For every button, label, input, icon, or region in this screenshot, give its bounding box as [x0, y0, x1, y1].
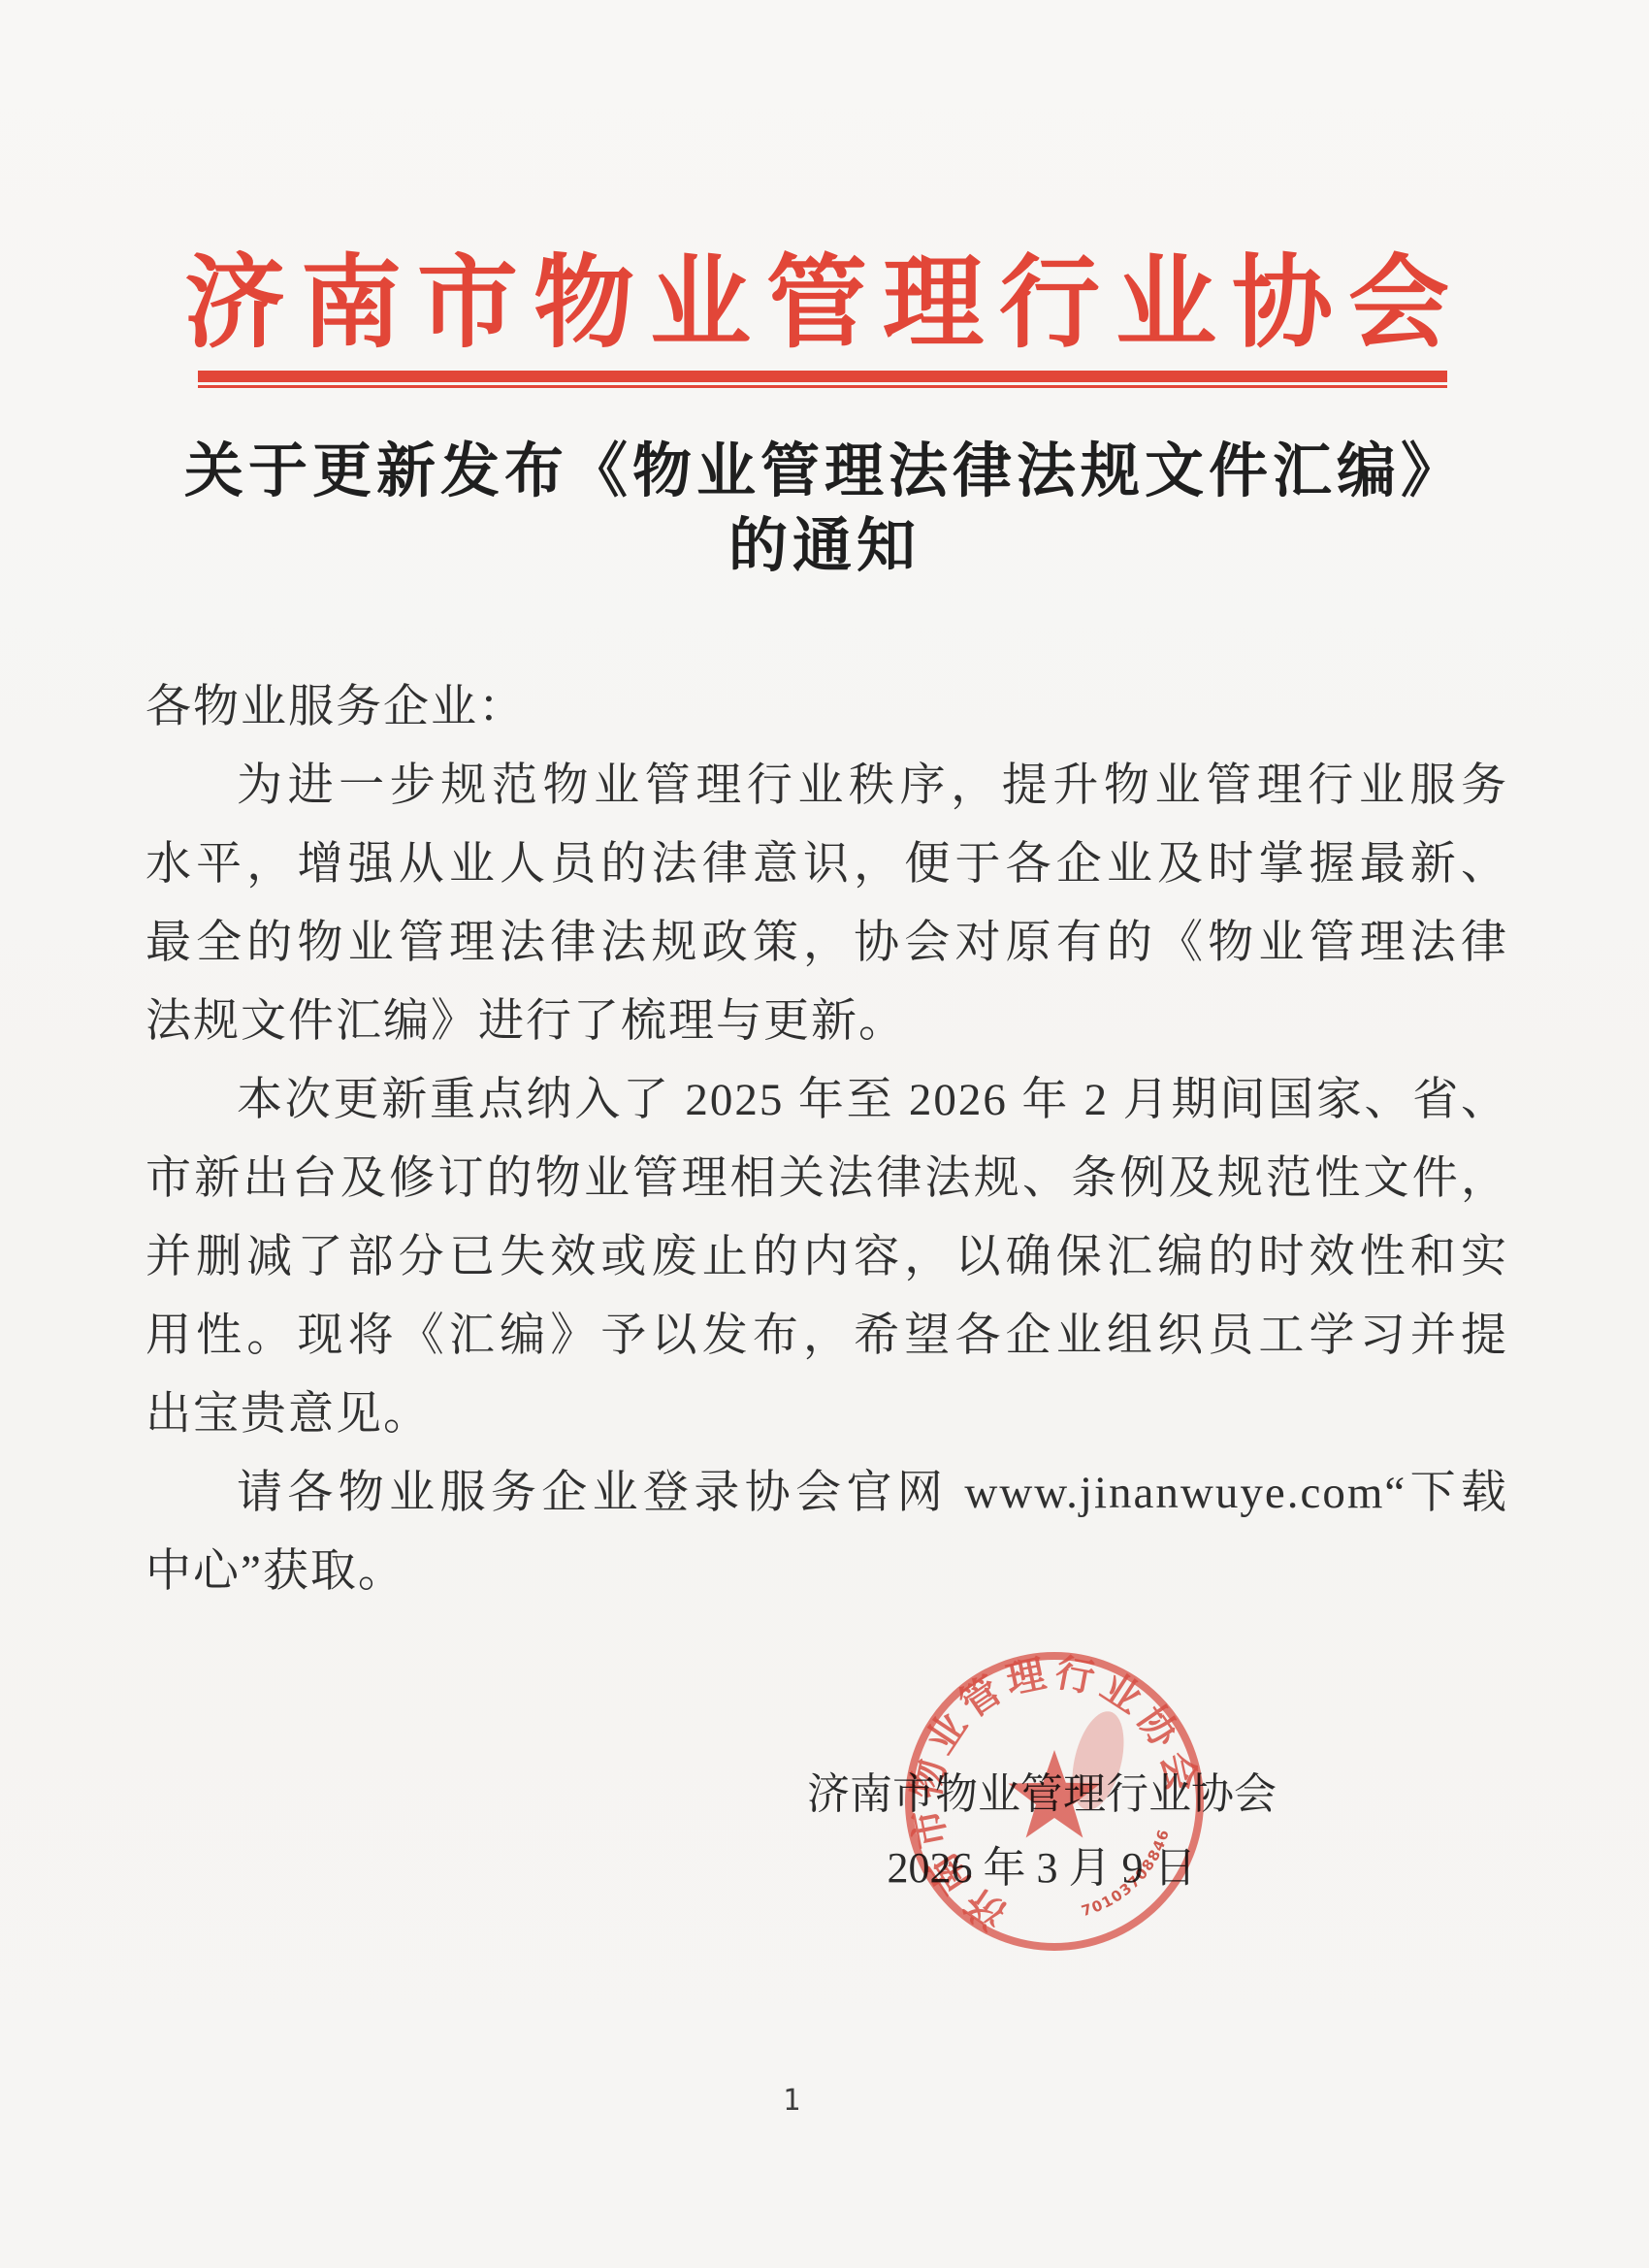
document-title-line2: 的通知	[0, 509, 1649, 584]
document-body: 各物业服务企业： 为进一步规范物业管理行业秩序，提升物业管理行业服务 水平，增强…	[145, 668, 1508, 1611]
body-line: 并删减了部分已失效或废止的内容，以确保汇编的时效性和实	[145, 1218, 1508, 1297]
salutation-line: 各物业服务企业：	[145, 668, 1508, 747]
body-line: 为进一步规范物业管理行业秩序，提升物业管理行业服务	[145, 747, 1508, 826]
letterhead-org-name: 济南市物业管理行业协会	[0, 221, 1649, 367]
official-seal-stamp: 济南市物业管理行业协会 3701037088464	[899, 1646, 1210, 1957]
body-line: 最全的物业管理法律法规政策，协会对原有的《物业管理法律	[145, 904, 1508, 983]
body-line: 市新出台及修订的物业管理相关法律法规、条例及规范性文件，	[145, 1140, 1508, 1218]
body-line: 用性。现将《汇编》予以发布，希望各企业组织员工学习并提	[145, 1297, 1508, 1376]
body-line: 法规文件汇编》进行了梳理与更新。	[145, 983, 1508, 1061]
body-line: 请各物业服务企业登录协会官网 www.jinanwuye.com“下载	[145, 1454, 1508, 1533]
body-line: 出宝贵意见。	[145, 1376, 1508, 1454]
document-page: 济南市物业管理行业协会 关于更新发布《物业管理法律法规文件汇编》 的通知 各物业…	[0, 0, 1649, 2268]
letterhead-divider	[198, 371, 1447, 388]
document-title-line1: 关于更新发布《物业管理法律法规文件汇编》	[0, 435, 1649, 509]
letterhead-divider-thick-line	[198, 371, 1447, 382]
body-line: 水平，增强从业人员的法律意识，便于各企业及时掌握最新、	[145, 826, 1508, 904]
page-number: 1	[772, 2084, 811, 2118]
document-title: 关于更新发布《物业管理法律法规文件汇编》 的通知	[0, 435, 1649, 584]
body-line: 本次更新重点纳入了 2025 年至 2026 年 2 月期间国家、省、	[145, 1061, 1508, 1140]
letterhead-divider-thin-line	[198, 385, 1447, 388]
body-line: 中心”获取。	[145, 1533, 1508, 1611]
